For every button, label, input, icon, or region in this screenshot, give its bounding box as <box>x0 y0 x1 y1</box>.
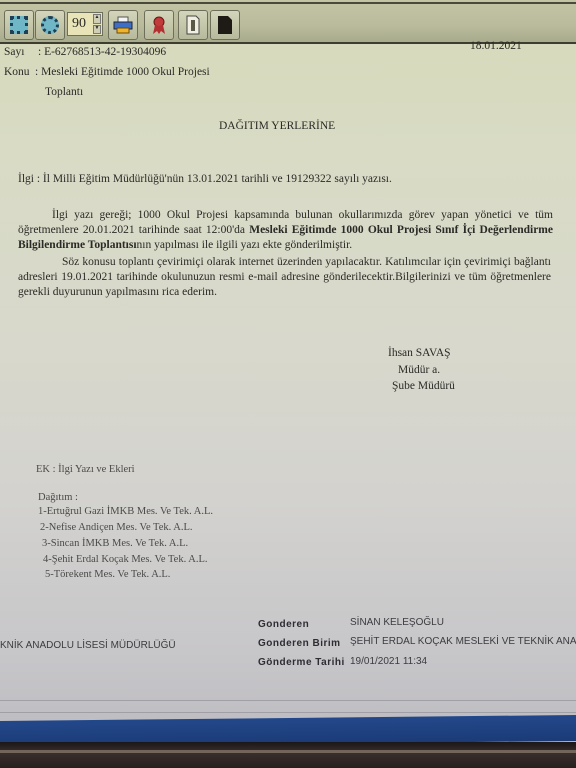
zoom-up-icon[interactable]: ▲ <box>93 14 101 24</box>
document-info-icon <box>185 15 201 35</box>
gonderme-tarihi-label: Gönderme Tarihi <box>258 657 345 668</box>
paragraph-1-tail: nın yapılması ile ilgili yazı ekte gönde… <box>137 239 353 251</box>
print-icon <box>113 16 133 34</box>
sender-unit-left: KNİK ANADOLU LİSESİ MÜDÜRLÜĞÜ <box>0 640 176 651</box>
dagitim-item: 2-Nefise Andiçen Mes. Ve Tek. A.L. <box>40 522 193 533</box>
document-date: 18.01.2021 <box>470 40 522 52</box>
page-icon <box>217 15 233 35</box>
fit-width-icon <box>41 16 59 34</box>
document-info-button[interactable] <box>178 10 208 40</box>
divider <box>0 712 576 713</box>
gonderen-value: SİNAN KELEŞOĞLU <box>350 617 444 628</box>
dagitim-item: 1-Ertuğrul Gazi İMKB Mes. Ve Tek. A.L. <box>38 506 213 517</box>
zoom-down-icon[interactable]: ▼ <box>93 25 101 35</box>
dagitim-label: Dağıtım : <box>38 492 78 503</box>
document-viewer-toolbar: 90 ▲ ▼ <box>0 0 576 44</box>
gonderen-birim-value: ŞEHİT ERDAL KOÇAK MESLEKİ VE TEKNİK ANA <box>350 636 576 647</box>
page-button[interactable] <box>210 10 240 40</box>
dagitim-item: 3-Sincan İMKB Mes. Ve Tek. A.L. <box>42 538 188 549</box>
divider <box>0 700 576 701</box>
ek-line: EK : İlgi Yazı ve Ekleri <box>36 464 135 475</box>
gonderme-tarihi-value: 19/01/2021 11:34 <box>350 656 427 667</box>
print-button[interactable] <box>108 10 138 40</box>
bezel-highlight <box>0 750 576 753</box>
sayi-value: : E-62768513-42-19304096 <box>38 46 166 58</box>
signature-title-1: Müdür a. <box>398 364 440 376</box>
certificate-icon <box>151 15 167 35</box>
fit-page-icon <box>10 16 28 34</box>
fit-width-button[interactable] <box>35 10 65 40</box>
konu-value: : Mesleki Eğitimde 1000 Okul Projesi <box>35 66 210 78</box>
signature-title-2: Şube Müdürü <box>392 380 455 392</box>
document-heading: DAĞITIM YERLERİNE <box>219 120 335 132</box>
zoom-level-input[interactable]: 90 ▲ ▼ <box>67 12 103 36</box>
konu-label: Konu <box>4 66 30 78</box>
paragraph-2: Söz konusu toplantı çevirimiçi olarak in… <box>18 255 551 300</box>
sayi-label: Sayı <box>4 46 24 58</box>
konu-value-line2: Toplantı <box>45 86 83 98</box>
zoom-value: 90 <box>72 16 86 32</box>
signature-name: İhsan SAVAŞ <box>388 347 451 359</box>
gonderen-birim-label: Gonderen Birim <box>258 638 341 649</box>
certificate-button[interactable] <box>144 10 174 40</box>
zoom-stepper[interactable]: ▲ ▼ <box>93 14 101 34</box>
dagitim-item: 5-Törekent Mes. Ve Tek. A.L. <box>45 569 170 580</box>
paragraph-1: İlgi yazı gereği; 1000 Okul Projesi kaps… <box>18 208 553 253</box>
dagitim-item: 4-Şehit Erdal Koçak Mes. Ve Tek. A.L. <box>43 554 208 565</box>
ilgi-line: İlgi : İl Milli Eğitim Müdürlüğü'nün 13.… <box>18 173 392 185</box>
gonderen-label: Gonderen <box>258 619 309 630</box>
fit-page-button[interactable] <box>4 10 34 40</box>
monitor-bezel <box>0 742 576 768</box>
